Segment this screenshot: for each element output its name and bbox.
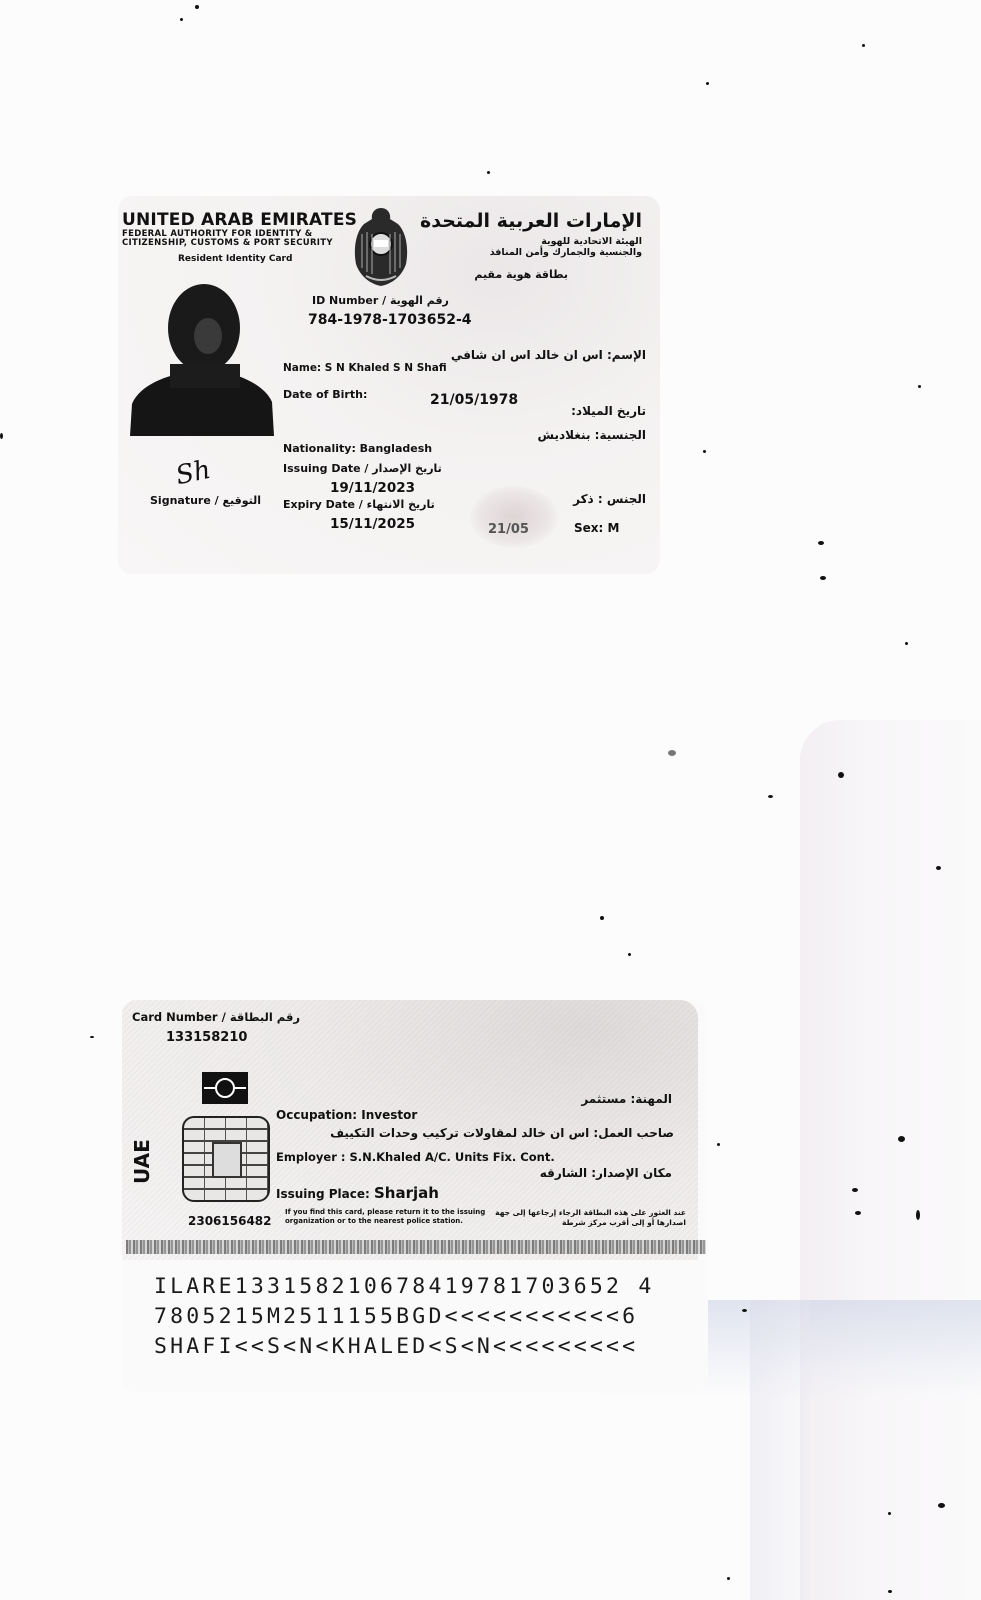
- paper-shadow-column: [750, 1300, 810, 1600]
- id-card-back: Card Number / رقم البطاقة 133158210 UAE …: [122, 1000, 708, 1392]
- name-field: Name: S N Khaled S N Shafi: [283, 362, 447, 374]
- issuing-place-ar: مكان الإصدار: الشارقه: [540, 1166, 672, 1180]
- contactless-icon: [202, 1072, 248, 1104]
- issuing-date-label: Issuing Date / تاريخ الإصدار: [283, 462, 442, 475]
- country-code-vertical: UAE: [130, 1139, 154, 1184]
- issuing-place-label: Issuing Place:: [276, 1187, 370, 1201]
- serial-number: 2306156482: [188, 1214, 272, 1228]
- authority-ar-line-2: والجنسية والجمارك وأمن المنافذ: [490, 247, 642, 258]
- id-number-value: 784-1978-1703652-4: [308, 312, 472, 328]
- notice-en-line-1: If you find this card, please return it …: [285, 1208, 485, 1217]
- notice-ar-line-2: اصدارها أو إلى أقرب مركز شرطة: [495, 1218, 686, 1228]
- authority-line-2: CITIZENSHIP, CUSTOMS & PORT SECURITY: [122, 239, 333, 248]
- employer-ar: صاحب العمل: اس ان خالد لمقاولات تركيب وح…: [330, 1126, 674, 1140]
- occupation-field: Occupation: Investor: [276, 1108, 417, 1122]
- ghost-image: [470, 486, 558, 548]
- card-number-label: Card Number / رقم البطاقة: [132, 1010, 300, 1024]
- smart-chip-icon: [182, 1116, 270, 1202]
- issuing-place-value: Sharjah: [374, 1184, 439, 1202]
- employer-value: S.N.Khaled A/C. Units Fix. Cont.: [350, 1150, 555, 1164]
- id-card-front: UNITED ARAB EMIRATES FEDERAL AUTHORITY F…: [118, 196, 660, 574]
- dob-label-ar: تاريخ الميلاد:: [571, 404, 646, 418]
- name-value: S N Khaled S N Shafi: [325, 362, 447, 374]
- mrz-line-2: 7805215M2511155BGD<<<<<<<<<<<6: [154, 1302, 654, 1332]
- expiry-date-label: Expiry Date / تاريخ الانتهاء: [283, 498, 435, 511]
- ghost-image-text: 21/05: [488, 522, 529, 537]
- occupation-ar: المهنة: مستثمر: [581, 1092, 672, 1106]
- sex-ar: الجنس : ذكر: [573, 492, 646, 506]
- return-notice-en: If you find this card, please return it …: [285, 1208, 485, 1226]
- authority-name-en: FEDERAL AUTHORITY FOR IDENTITY & CITIZEN…: [122, 230, 333, 248]
- guilloche-strip: [126, 1240, 706, 1254]
- authority-ar-line-1: الهيئة الاتحادية للهوية: [490, 236, 642, 247]
- card-type-en: Resident Identity Card: [178, 254, 292, 264]
- country-name-ar: الإمارات العربية المتحدة: [420, 210, 642, 232]
- occupation-value: Investor: [361, 1108, 417, 1122]
- country-name-en: UNITED ARAB EMIRATES: [122, 210, 357, 230]
- issuing-date-value: 19/11/2023: [330, 480, 415, 496]
- holder-photo: [130, 284, 274, 436]
- card-type-ar: بطاقة هوية مقيم: [474, 268, 568, 281]
- paper-shadow: [800, 720, 981, 1600]
- name-ar: الإسم: اس ان خالد اس ان شافي: [451, 348, 646, 362]
- signature-mark: Sh: [173, 455, 213, 492]
- mrz-line-3: SHAFI<<S<N<KHALED<S<N<<<<<<<<<: [154, 1332, 654, 1362]
- dob-value: 21/05/1978: [430, 392, 518, 408]
- expiry-date-value: 15/11/2025: [330, 516, 415, 532]
- machine-readable-zone: ILARE133158210678419781703652 4 7805215M…: [154, 1272, 654, 1362]
- nationality-en: Nationality: Bangladesh: [283, 442, 432, 455]
- mrz-line-1: ILARE133158210678419781703652 4: [154, 1272, 654, 1302]
- card-number-value: 133158210: [166, 1030, 247, 1045]
- issuing-place-field: Issuing Place: Sharjah: [276, 1184, 439, 1202]
- notice-en-line-2: organization or to the nearest police st…: [285, 1217, 485, 1226]
- authority-name-ar: الهيئة الاتحادية للهوية والجنسية والجمار…: [490, 236, 642, 258]
- nationality-ar: الجنسية: بنغلاديش: [538, 428, 646, 442]
- signature-label: Signature / التوقيع: [150, 494, 261, 507]
- employer-field: Employer : S.N.Khaled A/C. Units Fix. Co…: [276, 1150, 555, 1164]
- name-label: Name:: [283, 362, 321, 374]
- id-number-label: ID Number / رقم الهوية: [312, 294, 449, 307]
- employer-label: Employer :: [276, 1150, 345, 1164]
- uae-emblem-icon: [350, 204, 412, 288]
- occupation-label: Occupation:: [276, 1108, 357, 1122]
- sex-en: Sex: M: [574, 521, 619, 535]
- dob-label: Date of Birth:: [283, 388, 367, 401]
- return-notice-ar: عند العثور على هذه البطاقة الرجاء إرجاعه…: [495, 1208, 686, 1228]
- notice-ar-line-1: عند العثور على هذه البطاقة الرجاء إرجاعه…: [495, 1208, 686, 1218]
